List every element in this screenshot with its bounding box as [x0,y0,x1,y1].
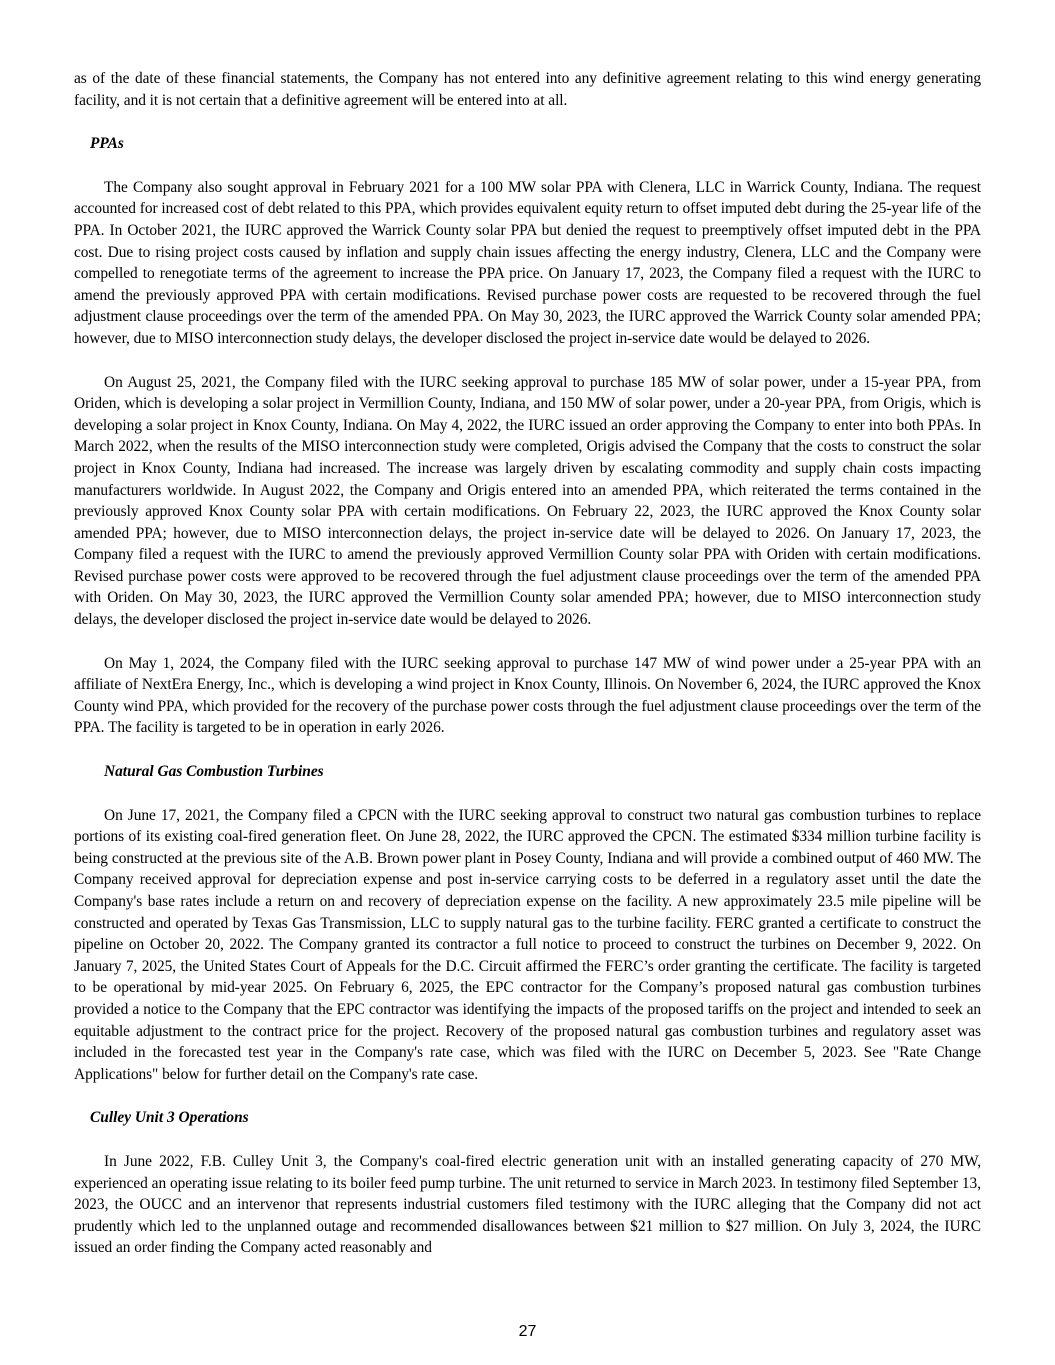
section-heading-culley-unit-3-operations: Culley Unit 3 Operations [74,1107,981,1129]
section-natural-gas-combustion-turbines: Natural Gas Combustion Turbines On June … [74,761,981,1085]
paragraph-cpcn-turbines: On June 17, 2021, the Company filed a CP… [74,805,981,1086]
continuation-paragraph: as of the date of these financial statem… [74,68,981,111]
paragraph-knox-wind-ppa: On May 1, 2024, the Company filed with t… [74,653,981,739]
paragraph-vermillion-knox-solar-ppa: On August 25, 2021, the Company filed wi… [74,372,981,631]
paragraph-culley-unit-3: In June 2022, F.B. Culley Unit 3, the Co… [74,1151,981,1259]
section-heading-natural-gas-combustion-turbines: Natural Gas Combustion Turbines [74,761,981,783]
section-ppas: PPAs The Company also sought approval in… [74,133,981,739]
document-page: as of the date of these financial statem… [74,68,981,1281]
section-heading-ppas: PPAs [74,133,981,155]
page-number: 27 [0,1322,1055,1342]
paragraph-warrick-solar-ppa: The Company also sought approval in Febr… [74,177,981,350]
section-culley-unit-3-operations: Culley Unit 3 Operations In June 2022, F… [74,1107,981,1259]
